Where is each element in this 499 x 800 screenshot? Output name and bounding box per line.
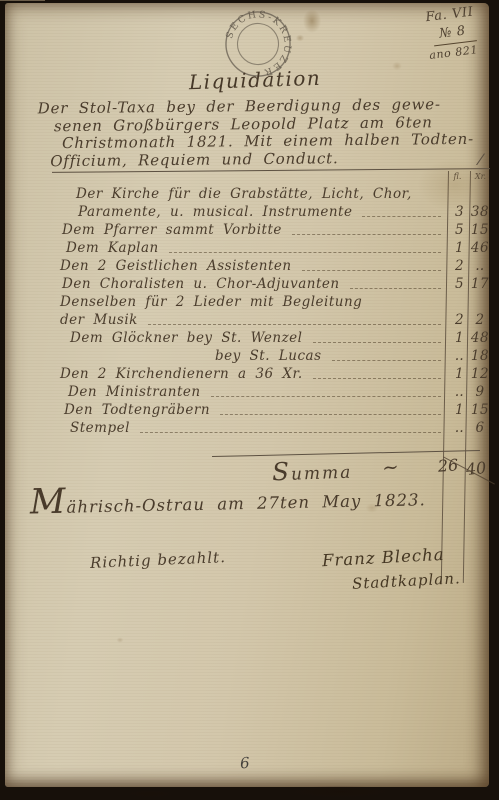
row-kreuzer-amount: 38 bbox=[470, 204, 490, 220]
row-florin-amount: 1 bbox=[449, 240, 470, 256]
row-florin-amount: 5 bbox=[449, 276, 470, 292]
table-row-line: Den 2 Kirchendienern a 36 Xr.112 bbox=[58, 366, 490, 384]
table-row-line: bey St. Lucas‥18 bbox=[58, 348, 490, 366]
row-kreuzer-amount: 15 bbox=[470, 222, 490, 238]
row-florin-amount: 2 bbox=[449, 312, 470, 328]
dot-leader bbox=[313, 342, 442, 343]
row-description: Stempel bbox=[70, 420, 130, 436]
row-description: Denselben für 2 Lieder mit Begleitung bbox=[60, 294, 362, 310]
summa-label: Summa bbox=[272, 455, 353, 487]
row-kreuzer-amount: 18 bbox=[470, 348, 490, 364]
row-description: Den 2 Geistlichen Assistenten bbox=[60, 258, 292, 274]
dot-leader bbox=[220, 414, 441, 415]
stamp-inner-ring bbox=[235, 21, 280, 66]
row-kreuzer-amount: ‥ bbox=[470, 258, 490, 274]
pencil-page-number: 6 bbox=[239, 754, 250, 773]
dot-leader bbox=[169, 252, 441, 253]
row-florin-amount: 1 bbox=[449, 366, 470, 382]
dot-leader bbox=[362, 216, 441, 217]
dot-leader bbox=[332, 360, 441, 361]
table-row-line: Der Kirche für die Grabstätte, Licht, Ch… bbox=[58, 186, 490, 204]
row-description: Paramente, u. musical. Instrumente bbox=[78, 204, 352, 220]
dot-leader bbox=[211, 396, 441, 397]
table-row-line: Stempel‥6 bbox=[58, 420, 490, 438]
row-florin-amount: 5 bbox=[449, 222, 470, 238]
column-header-florin: fl. bbox=[446, 172, 469, 181]
row-kreuzer-amount: 9 bbox=[470, 384, 490, 400]
row-description: Den Todtengräbern bbox=[64, 402, 210, 418]
row-florin-amount: 1 bbox=[449, 330, 470, 346]
summa-flourish: ∼ bbox=[381, 454, 400, 480]
table-rows: Der Kirche für die Grabstätte, Licht, Ch… bbox=[58, 186, 490, 438]
row-florin-amount: ‥ bbox=[449, 348, 470, 364]
row-florin-amount: 1 bbox=[449, 402, 470, 418]
row-kreuzer-amount: 2 bbox=[470, 312, 490, 328]
row-description: Dem Kaplan bbox=[66, 240, 159, 256]
row-description: der Musik bbox=[60, 312, 138, 328]
intro-paragraph: Der Stol-Taxa bey der Beerdigung des gew… bbox=[38, 96, 491, 171]
table-row-line: Dem Pfarrer sammt Vorbitte515 bbox=[58, 222, 490, 240]
manuscript-photo: SECHS-KREUZER Fa. VII № 8 ano 821 Liquid… bbox=[0, 0, 499, 800]
table-row-line: Den Choralisten u. Chor-Adjuvanten517 bbox=[58, 276, 490, 294]
row-kreuzer-amount: 12 bbox=[470, 366, 490, 382]
dot-leader bbox=[140, 432, 441, 433]
row-kreuzer-amount: 48 bbox=[470, 330, 490, 346]
row-florin-amount: ‥ bbox=[449, 384, 470, 400]
dot-leader bbox=[302, 270, 441, 271]
row-description: Den 2 Kirchendienern a 36 Xr. bbox=[60, 366, 303, 382]
row-kreuzer-amount: 17 bbox=[470, 276, 490, 292]
table-row-line: Den Todtengräbern115 bbox=[58, 402, 490, 420]
row-description: bey St. Lucas bbox=[215, 348, 322, 364]
table-row-line: Den 2 Geistlichen Assistenten2‥ bbox=[58, 258, 490, 276]
row-description: Dem Glöckner bey St. Wenzel bbox=[70, 330, 303, 346]
table-row-line: Dem Kaplan146 bbox=[58, 240, 490, 258]
row-florin-amount: 2 bbox=[449, 258, 470, 274]
table-row-line: Den Ministranten‥9 bbox=[58, 384, 490, 402]
dot-leader bbox=[292, 234, 441, 235]
row-description: Den Ministranten bbox=[68, 384, 201, 400]
row-description: Der Kirche für die Grabstätte, Licht, Ch… bbox=[76, 186, 412, 202]
row-florin-amount: ‥ bbox=[449, 420, 470, 436]
column-header-kreuzer: Xr. bbox=[469, 172, 492, 181]
row-kreuzer-amount: 46 bbox=[470, 240, 490, 256]
table-row-line: der Musik22 bbox=[58, 312, 490, 330]
table-row-line: Denselben für 2 Lieder mit Begleitung bbox=[58, 294, 490, 312]
row-description: Dem Pfarrer sammt Vorbitte bbox=[62, 222, 282, 238]
dot-leader bbox=[313, 378, 441, 379]
row-description: Den Choralisten u. Chor-Adjuvanten bbox=[62, 276, 340, 292]
dot-leader bbox=[148, 324, 441, 325]
row-kreuzer-amount: 15 bbox=[470, 402, 490, 418]
table-row-line: Dem Glöckner bey St. Wenzel148 bbox=[58, 330, 490, 348]
archive-reference: Fa. VII № 8 ano 821 bbox=[395, 3, 479, 68]
column-header-underline bbox=[0, 0, 45, 1]
row-florin-amount: 3 bbox=[449, 204, 470, 220]
table-row-line: Paramente, u. musical. Instrumente338 bbox=[58, 204, 490, 222]
row-kreuzer-amount: 6 bbox=[470, 420, 490, 436]
dot-leader bbox=[350, 288, 441, 289]
